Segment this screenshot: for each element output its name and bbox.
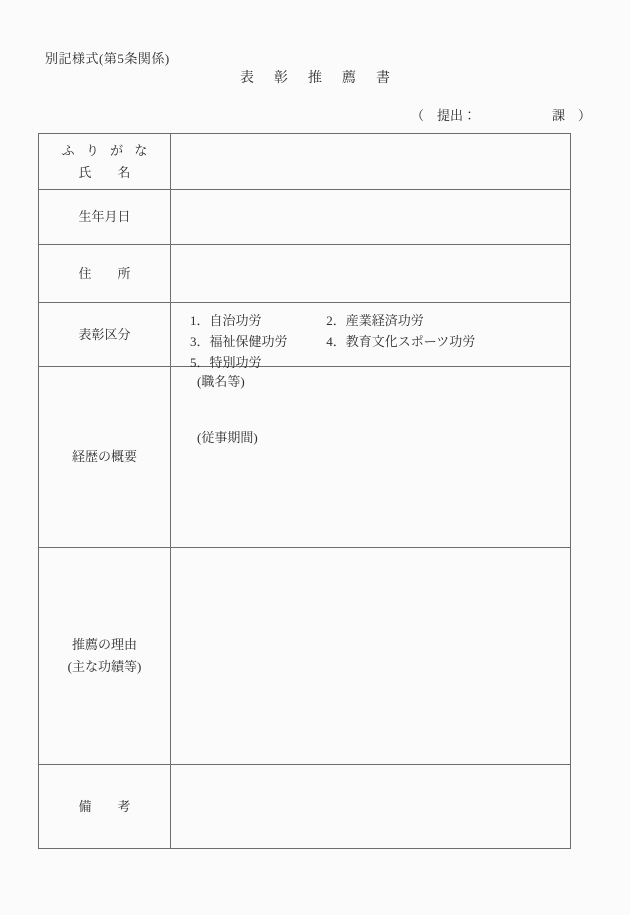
- furigana-name-row: ふ り が な 氏 名: [39, 134, 570, 190]
- submit-line-prefix: （ 提出：: [411, 108, 476, 124]
- document-page: 別記様式(第5条関係) 表 彰 推 薦 書 （ 提出： 課 ） ふ り が な …: [0, 0, 630, 915]
- award-category-row: 表彰区分 1．自治功労 2．産業経済功労 3．福祉保健功労 4．教育文化スポーツ…: [39, 303, 570, 367]
- recommendation-reason-label-text: 推薦の理由: [72, 634, 137, 656]
- remarks-value: [171, 765, 570, 848]
- career-summary-value: (職名等) (従事期間): [171, 367, 570, 547]
- recommendation-reason-row: 推薦の理由 (主な功績等): [39, 548, 570, 765]
- option-line: 1．自治功労 2．産業経済功労: [190, 310, 570, 331]
- option-3-fukushi-hoken: 3．福祉保健功労: [190, 331, 323, 352]
- career-summary-label: 経歴の概要: [39, 367, 171, 547]
- career-summary-label-text: 経歴の概要: [72, 446, 137, 468]
- address-row: 住 所: [39, 245, 570, 303]
- address-label-text: 住 所: [78, 263, 130, 285]
- remarks-label-text: 備 考: [78, 796, 130, 818]
- address-label: 住 所: [39, 245, 171, 302]
- career-job-title-sublabel: (職名等): [197, 374, 570, 390]
- form-title: 表 彰 推 薦 書: [0, 70, 630, 88]
- submit-line: （ 提出： 課 ）: [411, 108, 591, 124]
- award-category-label-text: 表彰区分: [78, 324, 130, 346]
- furigana-label-text: ふ り が な: [58, 140, 152, 162]
- remarks-label: 備 考: [39, 765, 171, 848]
- birthdate-label-text: 生年月日: [78, 206, 130, 228]
- birthdate-row: 生年月日: [39, 190, 570, 245]
- option-1-jichi: 1．自治功労: [190, 310, 323, 331]
- recommendation-reason-label: 推薦の理由 (主な功績等): [39, 548, 171, 764]
- commendation-form-table: ふ り が な 氏 名 生年月日 住 所 表彰区分: [38, 133, 571, 849]
- award-category-options: 1．自治功労 2．産業経済功労 3．福祉保健功労 4．教育文化スポーツ功労 5．…: [171, 303, 570, 366]
- birthdate-label: 生年月日: [39, 190, 171, 244]
- recommendation-reason-value: [171, 548, 570, 764]
- career-summary-row: 経歴の概要 (職名等) (従事期間): [39, 367, 570, 548]
- option-line: 3．福祉保健功労 4．教育文化スポーツ功労: [190, 331, 570, 352]
- submit-line-suffix: 課 ）: [552, 108, 591, 124]
- career-period-sublabel: (従事期間): [197, 430, 570, 446]
- furigana-name-label: ふ り が な 氏 名: [39, 134, 171, 189]
- address-value: [171, 245, 570, 302]
- furigana-name-value: [171, 134, 570, 189]
- name-label-text: 氏 名: [78, 162, 130, 184]
- remarks-row: 備 考: [39, 765, 570, 848]
- recommendation-reason-sublabel-text: (主な功績等): [68, 656, 142, 678]
- birthdate-value: [171, 190, 570, 244]
- option-4-kyoiku-bunka-sports: 4．教育文化スポーツ功労: [326, 334, 475, 349]
- form-note: 別記様式(第5条関係): [45, 51, 170, 67]
- award-category-label: 表彰区分: [39, 303, 171, 366]
- option-2-sangyo-keizai: 2．産業経済功労: [326, 313, 424, 328]
